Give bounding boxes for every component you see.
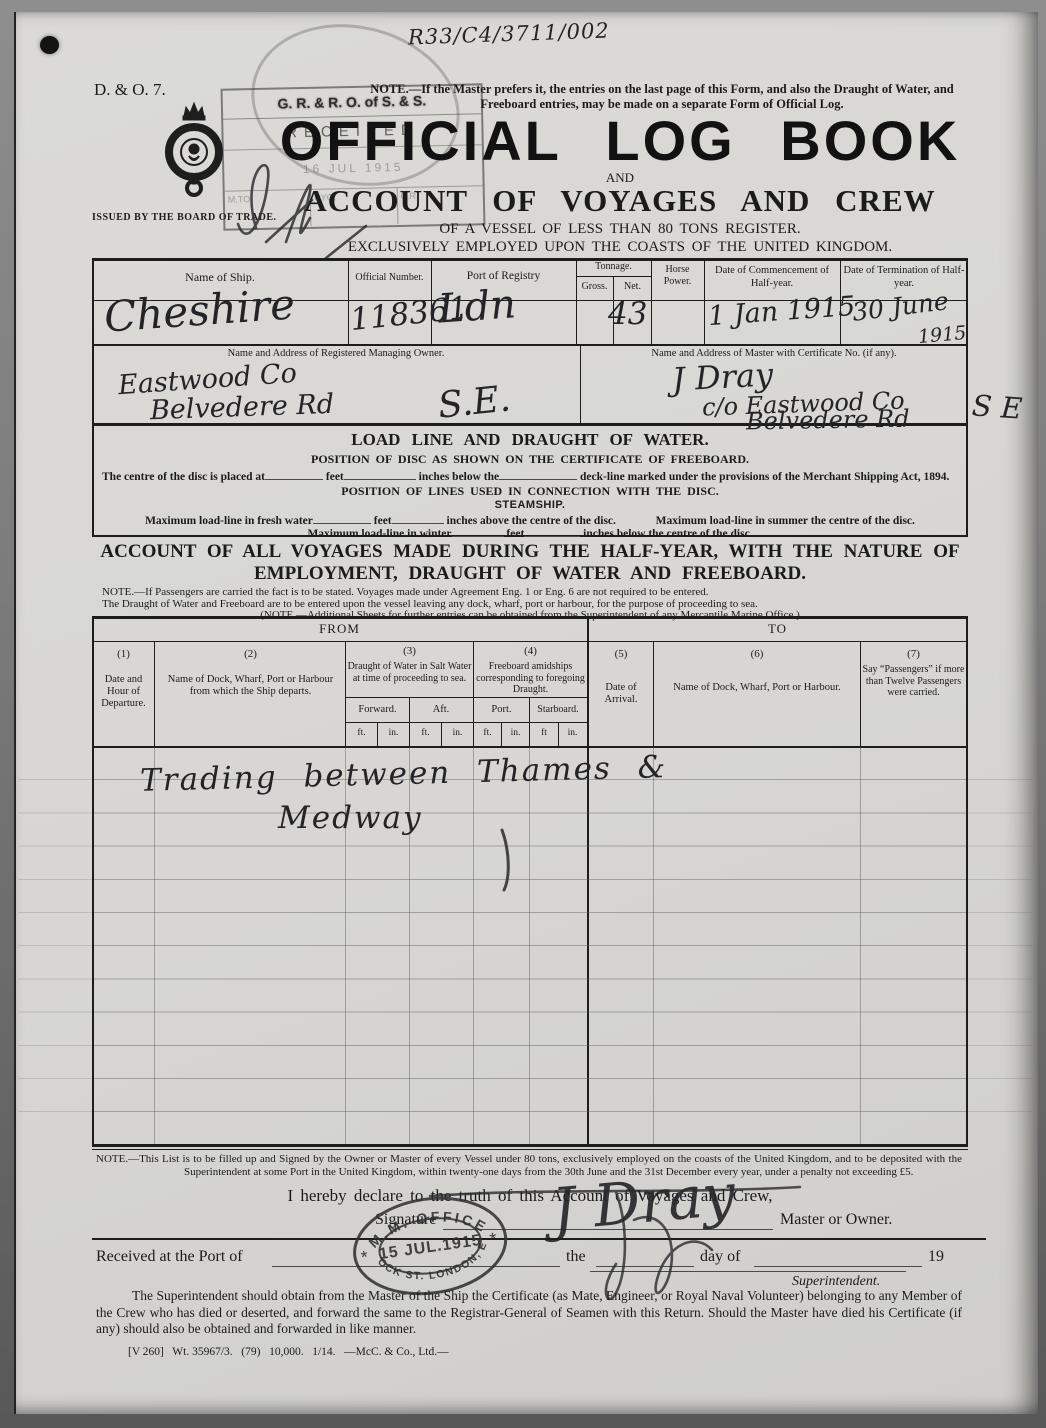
sub-col-port: Port.	[475, 704, 528, 715]
blank-field	[499, 468, 577, 480]
col-master: Name and Address of Master with Certific…	[582, 348, 966, 359]
table-line	[345, 722, 587, 723]
voyage-col-1: (1) Date and Hour of Departure.	[94, 648, 153, 710]
stamp-star-left: *	[360, 1247, 370, 1268]
vessel-line: OF A VESSEL OF LESS THAN 80 TONS REGISTE…	[258, 221, 982, 238]
voyages-title-2: EMPLOYMENT, DRAUGHT OF WATER AND FREEBOA…	[92, 563, 968, 585]
net-tonnage-handwriting: 43	[608, 296, 647, 332]
sub-col-starboard: Starboard.	[530, 704, 586, 715]
blank-field	[392, 512, 444, 524]
table-border	[92, 258, 968, 261]
blank-field	[344, 468, 416, 480]
bottom-note: NOTE.—This List is to be filled up and S…	[96, 1153, 962, 1179]
col-label: Freeboard amidships corresponding to for…	[475, 661, 586, 696]
to-label: TO	[587, 621, 968, 637]
grid-line	[473, 747, 474, 1144]
page-title: OFFICIAL LOG BOOK	[258, 108, 982, 173]
page-subtitle: ACCOUNT OF VOYAGES AND CREW	[258, 183, 982, 219]
table-border	[92, 1144, 968, 1147]
received-at-label: Received at the Port of	[96, 1248, 243, 1266]
voyages-note-3: (NOTE.—Additional Sheets for further ent…	[92, 609, 968, 621]
col-label: Draught of Water in Salt Water at time o…	[347, 661, 472, 684]
superintendent-note: The Superintendent should obtain from th…	[96, 1288, 962, 1338]
print-footer: [V 260] Wt. 35967/3. (79) 10,000. 1/14. …	[128, 1346, 449, 1358]
col-gross: Gross.	[576, 281, 613, 292]
col-label: Name of Dock, Wharf, Port or Harbour.	[656, 682, 858, 694]
col-label: Say “Passengers” if more than Twelve Pas…	[862, 664, 965, 699]
l1-text: deck-line marked under the provisions of…	[580, 471, 949, 483]
col-number: (6)	[656, 648, 858, 660]
table-line	[653, 642, 654, 746]
owner-handwriting-2: Belvedere Rd	[150, 389, 335, 426]
unit-in: in.	[559, 728, 586, 738]
col-label: Date of Arrival.	[590, 682, 652, 706]
from-label: FROM	[92, 621, 587, 637]
table-line	[580, 344, 581, 423]
voyage-col-7: (7) Say “Passengers” if more than Twelve…	[862, 648, 965, 699]
col-termination: Date of Termination of Half-year.	[840, 264, 968, 290]
unit-in: in.	[442, 728, 473, 738]
termination-year-handwriting: 1915	[917, 322, 967, 348]
l3-text: feet	[506, 528, 524, 540]
grid-line	[653, 747, 654, 1144]
voyage-col-2: (2) Name of Dock, Wharf, Port or Harbour…	[158, 648, 343, 698]
table-border	[92, 616, 968, 619]
pen-stroke-icon	[488, 826, 524, 896]
col-number: (2)	[158, 648, 343, 660]
table-body-rules	[94, 747, 966, 1144]
sub-col-forward: Forward.	[347, 704, 408, 715]
load-line-sub1: POSITION OF DISC AS SHOWN ON THE CERTIFI…	[92, 452, 968, 467]
l3-text: inches below the centre of the disc.	[583, 528, 752, 540]
col-name-of-ship: Name of Ship.	[94, 270, 346, 285]
l1-text: The centre of the disc is placed at	[102, 471, 265, 483]
margin-rules	[18, 747, 92, 1144]
unit-ft: ft.	[346, 728, 377, 738]
grid-line	[529, 747, 530, 1144]
unit-ft: ft	[530, 728, 558, 738]
port-handwriting: Ldn	[436, 281, 517, 332]
punch-hole-icon	[40, 36, 59, 54]
col-number: (4)	[475, 645, 586, 657]
col-commencement: Date of Commencement of Half-year.	[704, 264, 840, 290]
blank-field	[313, 512, 371, 524]
table-line	[345, 697, 587, 698]
margin-rules	[968, 747, 1032, 1144]
table-line	[154, 642, 155, 746]
voyages-title-1: ACCOUNT OF ALL VOYAGES MADE DURING THE H…	[92, 541, 968, 563]
grid-line	[154, 747, 155, 1144]
table-line	[92, 344, 968, 346]
table-line	[348, 258, 349, 344]
unit-ft: ft.	[410, 728, 441, 738]
l3-text: Maximum load-line in winter	[307, 528, 451, 540]
load-line-line1: The centre of the disc is placed at feet…	[102, 468, 962, 483]
voyage-col-5: (5) Date of Arrival.	[590, 648, 652, 706]
unit-ft: ft.	[474, 728, 501, 738]
load-line-title: LOAD LINE AND DRAUGHT OF WATER.	[92, 430, 968, 450]
load-line-line3: Maximum load-line in winter feet inches …	[92, 525, 968, 540]
unit-in: in.	[378, 728, 409, 738]
col-number: (3)	[347, 645, 472, 657]
coasts-line: EXCLUSIVELY EMPLOYED UPON THE COASTS OF …	[258, 239, 982, 256]
col-official-number: Official Number.	[348, 272, 431, 283]
blank-field	[452, 525, 504, 537]
table-line	[860, 642, 861, 746]
col-number: (1)	[94, 648, 153, 660]
table-border	[92, 1149, 968, 1150]
col-port-of-registry: Port of Registry	[431, 270, 576, 282]
voyage-entry-handwriting-2: Medway	[278, 800, 422, 836]
steamship-label: STEAMSHIP.	[92, 499, 968, 511]
col-number: (7)	[862, 648, 965, 660]
form-code: D. & O. 7.	[94, 80, 166, 100]
voyage-col-3: (3) Draught of Water in Salt Water at ti…	[347, 645, 472, 684]
blank-field	[524, 525, 580, 537]
load-line-sub2: POSITION OF LINES USED IN CONNECTION WIT…	[92, 484, 968, 499]
scanned-log-book-page: R33/C4/3711/002 D. & O. 7. ISSUED BY THE…	[0, 0, 1046, 1428]
col-horse-power: Horse Power.	[651, 264, 704, 288]
l1-text: inches below the	[419, 471, 500, 483]
table-line	[92, 641, 968, 642]
owner-handwriting-3: S.E.	[436, 378, 512, 426]
sub-col-aft: Aft.	[410, 704, 472, 715]
col-managing-owner: Name and Address of Registered Managing …	[94, 348, 578, 359]
l1-text: feet	[326, 471, 344, 483]
unit-in: in.	[502, 728, 529, 738]
voyages-note-1: NOTE.—If Passengers are carried the fact…	[102, 586, 962, 598]
col-label: Date and Hour of Departure.	[94, 674, 153, 710]
master-handwriting-4: S E	[971, 388, 1024, 425]
col-tonnage: Tonnage.	[576, 261, 651, 272]
voyage-col-4: (4) Freeboard amidships corresponding to…	[475, 645, 586, 696]
col-number: (5)	[590, 648, 652, 660]
col-label: Name of Dock, Wharf, Port or Harbour fro…	[158, 674, 343, 698]
col-net: Net.	[614, 281, 651, 292]
grid-line	[860, 747, 861, 1144]
voyage-col-6: (6) Name of Dock, Wharf, Port or Harbour…	[656, 648, 858, 694]
blank-field	[265, 468, 323, 480]
